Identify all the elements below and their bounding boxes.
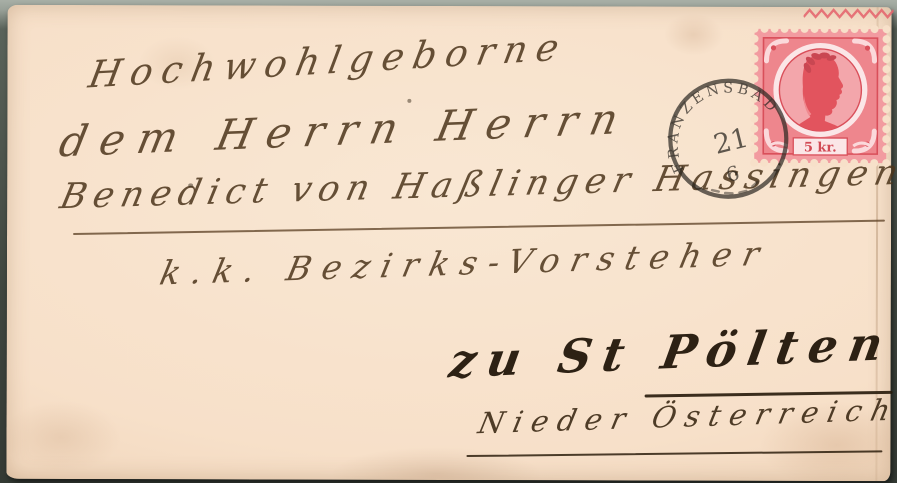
address-line-honorific: dem Herrn Herrn: [55, 94, 635, 167]
postmark-month: 6: [724, 160, 742, 186]
ink-underline-name: [73, 220, 885, 235]
envelope: Hochwohlgeborne dem Herrn Herrn Benedict…: [6, 5, 891, 481]
postmark: FRANZENSBAD 21 6: [652, 59, 804, 221]
ink-underline-region: [466, 450, 882, 457]
address-line-title: k.k. Bezirks-Vorsteher: [157, 234, 775, 293]
ink-speck: [407, 99, 411, 103]
ink-speck: [188, 183, 193, 187]
postmark-day: 21: [711, 122, 752, 160]
stamp-denomination: 5 kr.: [804, 140, 837, 155]
address-line-salutation: Hochwohlgeborne: [85, 25, 571, 97]
address-line-region: Nieder Österreich: [475, 393, 897, 441]
stamp-sheet-margin-zigzag: [804, 6, 894, 21]
address-line-destination: zu St Pölten: [446, 316, 897, 389]
